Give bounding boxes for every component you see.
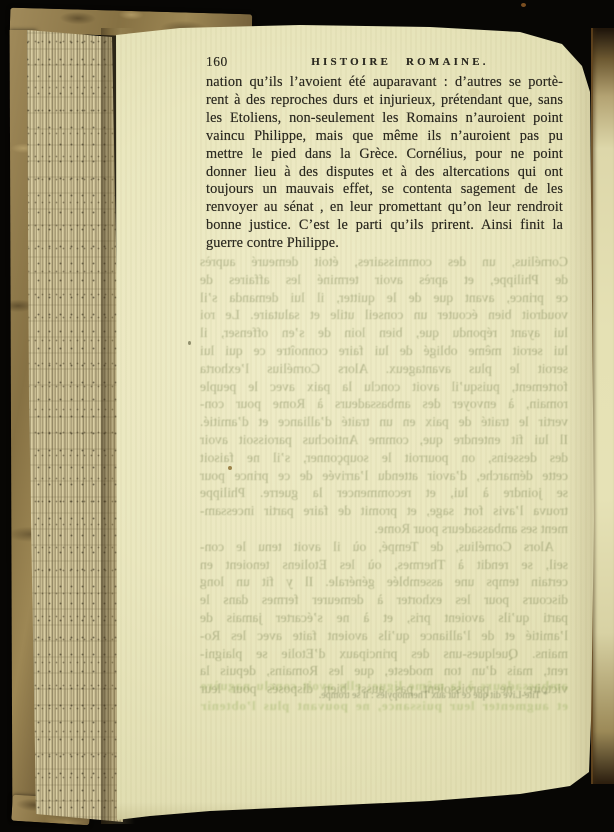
body-text-line: les Etoliens, non-seulement les Romains …: [206, 110, 563, 128]
ghost-footnote-text: * Tite-Live dit que ce fut aux Thermopyl…: [319, 690, 548, 701]
ghost-text-line: fortement, puisqu’il avoit conclu la pai…: [200, 378, 568, 396]
body-text-line: toujours un mauvais effet, se contenta s…: [206, 181, 563, 199]
ghost-text-line: parti qu’ils avoient pris, et à ne s’éca…: [200, 609, 568, 627]
ghost-text-line: Cornélius, un des commissaires, étoit de…: [200, 253, 568, 271]
debris-fleck: [521, 3, 526, 7]
ghost-text-line: seil, se rendit à Thermes, où les Etolie…: [200, 556, 568, 574]
ghost-text-line: mains. Quelques-uns des principaux d’Eto…: [200, 645, 568, 663]
ghost-text-line: vertir le traité de paix en un traité d’…: [200, 413, 568, 431]
foxing-stain: [228, 466, 232, 470]
ghost-text-line: ment ses ambassadeurs pour Rome.: [200, 520, 568, 538]
ghost-text-line: voudroit bien écouter un conseil utile e…: [200, 306, 568, 324]
ghost-text-line: se joindre à lui, et recommencer la guer…: [200, 484, 568, 502]
ghost-text-line: romain, à envoyer des ambassadeurs à Rom…: [200, 395, 568, 413]
ghost-text-line: Il lui fit entendre que, comme Antiochus…: [200, 431, 568, 449]
running-header: HISTOIRE ROMAINE.: [300, 56, 500, 68]
ghost-footnote: * Tite-Live dit que ce fut aux Thermopyl…: [196, 690, 548, 702]
body-text-line: mettre le pied dans la Grèce. Cornélius,…: [206, 146, 563, 164]
page-number: 160: [206, 54, 266, 70]
ghost-text-line: des desseins, on pourroit le soupçonner,…: [200, 449, 568, 467]
body-text-line: bonne justice. C’est le parti qu’ils pri…: [206, 217, 563, 235]
ghost-text-line: de Philippe, et après avoir terminé les …: [200, 271, 568, 289]
body-text-line: guerre contre Philippe.: [206, 235, 563, 253]
ghost-text-line: certain temps une assemblée générale. Il…: [200, 573, 568, 591]
ghost-text-line: l’amitié et de l’alliance qu’ils avoient…: [200, 627, 568, 645]
ghost-text-line: lui ayant répondu que, bien loin de s’en…: [200, 324, 568, 342]
ghost-text-line: ce prince, avant que de le quitter, il l…: [200, 289, 568, 307]
ghost-text-line: cette démarche, d’avoir attendu l’arrivé…: [200, 467, 568, 485]
body-text-line: renvoyer au sénat , en leur promettant q…: [206, 199, 563, 217]
foxing-stain: [188, 341, 191, 345]
ghost-text-line: trouva l’avis fort sage, et promit de fa…: [200, 502, 568, 520]
body-text-line: nation qu’ils l’avoient été auparavant :…: [206, 74, 563, 92]
body-text: nation qu’ils l’avoient été auparavant :…: [206, 74, 563, 253]
ghost-verso-text: Cornélius, un des commissaires, étoit de…: [200, 253, 568, 698]
ghost-text-line: seroit le plus avantageux. Alors Cornéli…: [200, 360, 568, 378]
body-text-line: donner lieu à des disputes et à des alte…: [206, 164, 563, 182]
ghost-text-line: discours pour les exhorter à demeurer fe…: [200, 591, 568, 609]
ghost-text-line: Alors Cornélius, de Tempé, où il avoit t…: [200, 538, 568, 556]
faint-stain: [468, 88, 480, 97]
scanned-book-page: Cornélius, un des commissaires, étoit de…: [0, 0, 614, 832]
body-text-line: rent à des reproches durs et injurieux, …: [206, 92, 563, 110]
ghost-text-line: lui seroit même obligé de lui faire conn…: [200, 342, 568, 360]
body-text-line: vaincu Philippe, mais que même ils n’aur…: [206, 128, 563, 146]
facing-page-edge: [591, 28, 614, 784]
